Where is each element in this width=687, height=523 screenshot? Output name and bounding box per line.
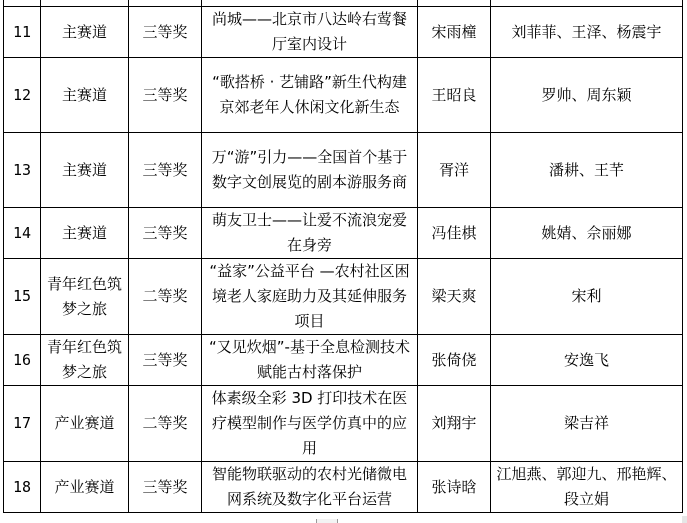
cell-project: “歌搭桥 · 艺铺路”新生代构建京郊老年人休闲文化新生态 <box>202 58 418 133</box>
table-row: 15 青年红色筑梦之旅 二等奖 “益家”公益平台 —农村社区困境老人家庭助力及其… <box>4 259 683 335</box>
cell-no: 15 <box>4 259 41 335</box>
table-row: 17 产业赛道 二等奖 体素级全彩 3D 打印技术在医疗模型制作与医学仿真中的应… <box>4 386 683 462</box>
cell-project: 智能物联驱动的农村光储微电网系统及数字化平台运营 <box>202 462 418 513</box>
table-row: 14 主赛道 三等奖 萌友卫士——让爱不流浪宠爱在身旁 冯佳棋 姚婧、佘丽娜 <box>4 208 683 259</box>
cell-members: 梁吉祥 <box>491 386 683 462</box>
awards-table: 11 主赛道 三等奖 尚城——北京市八达岭右莺餐厅室内设计 宋雨橦 刘菲菲、王泽… <box>3 0 683 513</box>
cell-members: 姚婧、佘丽娜 <box>491 208 683 259</box>
cell-members: 潘耕、王芊 <box>491 133 683 208</box>
table-row: 16 青年红色筑梦之旅 三等奖 “又见炊烟”-基于全息检测技术赋能古村落保护 张… <box>4 335 683 386</box>
table-row: 11 主赛道 三等奖 尚城——北京市八达岭右莺餐厅室内设计 宋雨橦 刘菲菲、王泽… <box>4 7 683 58</box>
cell-project: “又见炊烟”-基于全息检测技术赋能古村落保护 <box>202 335 418 386</box>
cell-project: “益家”公益平台 —农村社区困境老人家庭助力及其延伸服务项目 <box>202 259 418 335</box>
cell-prize: 三等奖 <box>129 7 202 58</box>
cell-prize: 三等奖 <box>129 58 202 133</box>
cell-leader: 王昭良 <box>418 58 491 133</box>
cell-no: 12 <box>4 58 41 133</box>
cell-prize: 二等奖 <box>129 259 202 335</box>
cell-track: 青年红色筑梦之旅 <box>41 335 129 386</box>
cell-prize: 三等奖 <box>129 462 202 513</box>
cell-no: 14 <box>4 208 41 259</box>
cell-leader: 刘翔宇 <box>418 386 491 462</box>
corner-shadow <box>682 516 687 523</box>
cell-project: 体素级全彩 3D 打印技术在医疗模型制作与医学仿真中的应用 <box>202 386 418 462</box>
cell-no: 18 <box>4 462 41 513</box>
cell-no: 13 <box>4 133 41 208</box>
cell-leader: 张诗晗 <box>418 462 491 513</box>
cell-track: 主赛道 <box>41 58 129 133</box>
cell-leader: 胥洋 <box>418 133 491 208</box>
cell-project: 万“游”引力——全国首个基于数字文创展览的剧本游服务商 <box>202 133 418 208</box>
cell-members: 罗帅、周东颖 <box>491 58 683 133</box>
cell-leader: 梁天爽 <box>418 259 491 335</box>
cell-members: 刘菲菲、王泽、杨震宇 <box>491 7 683 58</box>
cell-members: 江旭燕、郭迎九、邢艳辉、段立娟 <box>491 462 683 513</box>
table-row: 12 主赛道 三等奖 “歌搭桥 · 艺铺路”新生代构建京郊老年人休闲文化新生态 … <box>4 58 683 133</box>
cell-no: 11 <box>4 7 41 58</box>
cell-members: 宋利 <box>491 259 683 335</box>
cell-no: 17 <box>4 386 41 462</box>
cell-prize: 三等奖 <box>129 335 202 386</box>
cell-leader: 张倚侥 <box>418 335 491 386</box>
cell-prize: 三等奖 <box>129 133 202 208</box>
awards-table-container: 11 主赛道 三等奖 尚城——北京市八达岭右莺餐厅室内设计 宋雨橦 刘菲菲、王泽… <box>3 0 683 513</box>
cell-track: 青年红色筑梦之旅 <box>41 259 129 335</box>
scroll-handle[interactable] <box>316 519 338 523</box>
cell-prize: 三等奖 <box>129 208 202 259</box>
cell-track: 主赛道 <box>41 208 129 259</box>
cell-track: 主赛道 <box>41 7 129 58</box>
cell-track: 产业赛道 <box>41 462 129 513</box>
cell-leader: 冯佳棋 <box>418 208 491 259</box>
cell-leader: 宋雨橦 <box>418 7 491 58</box>
cell-no: 16 <box>4 335 41 386</box>
cell-track: 主赛道 <box>41 133 129 208</box>
cell-project: 萌友卫士——让爱不流浪宠爱在身旁 <box>202 208 418 259</box>
cell-prize: 二等奖 <box>129 386 202 462</box>
table-row: 18 产业赛道 三等奖 智能物联驱动的农村光储微电网系统及数字化平台运营 张诗晗… <box>4 462 683 513</box>
table-row: 13 主赛道 三等奖 万“游”引力——全国首个基于数字文创展览的剧本游服务商 胥… <box>4 133 683 208</box>
cell-members: 安逸飞 <box>491 335 683 386</box>
cell-track: 产业赛道 <box>41 386 129 462</box>
cell-project: 尚城——北京市八达岭右莺餐厅室内设计 <box>202 7 418 58</box>
